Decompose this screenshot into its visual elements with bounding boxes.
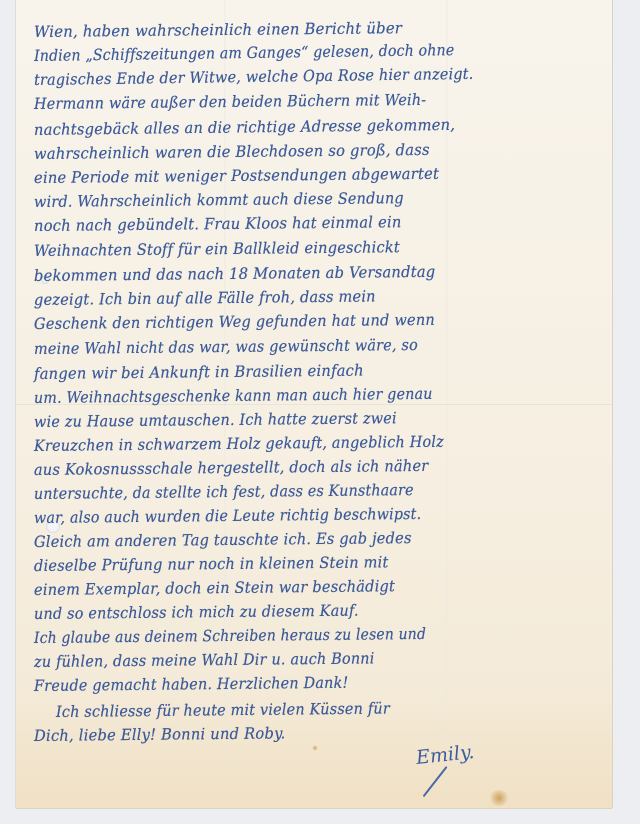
letter-line: Dich, liebe Elly! Bonni und Roby. [34,721,286,748]
letter-line: noch nach gebündelt. Frau Kloos hat einm… [34,210,402,238]
letter-line: Freude gemacht haben. Herzlichen Dank! [34,671,349,698]
letter-line: meine Wahl nicht das war, was gewünscht … [34,333,418,361]
letter-page: Wien, haben wahrscheinlich einen Bericht… [16,0,612,808]
paper-stain [312,745,318,751]
letter-line: Geschenk den richtigen Weg gefunden hat … [34,308,435,336]
letter-line: gezeigt. Ich bin auf alle Fälle froh, da… [34,284,376,312]
letter-line: dieselbe Prüfung nur noch in kleinen Ste… [34,550,389,578]
letter-line: Weihnachten Stoff für ein Ballkleid eing… [34,235,400,263]
paper-stain [488,790,510,806]
letter-line: und so entschloss ich mich zu diesem Kau… [34,599,359,626]
letter-line: Hermann wäre außer den beiden Büchern mi… [34,88,427,116]
letter-line: fangen wir bei Ankunft in Brasilien einf… [34,359,364,386]
letter-line: zu fühlen, dass meine Wahl Dir u. auch B… [34,646,375,674]
letter-line: Ich schliesse für heute mit vielen Küsse… [56,697,390,724]
